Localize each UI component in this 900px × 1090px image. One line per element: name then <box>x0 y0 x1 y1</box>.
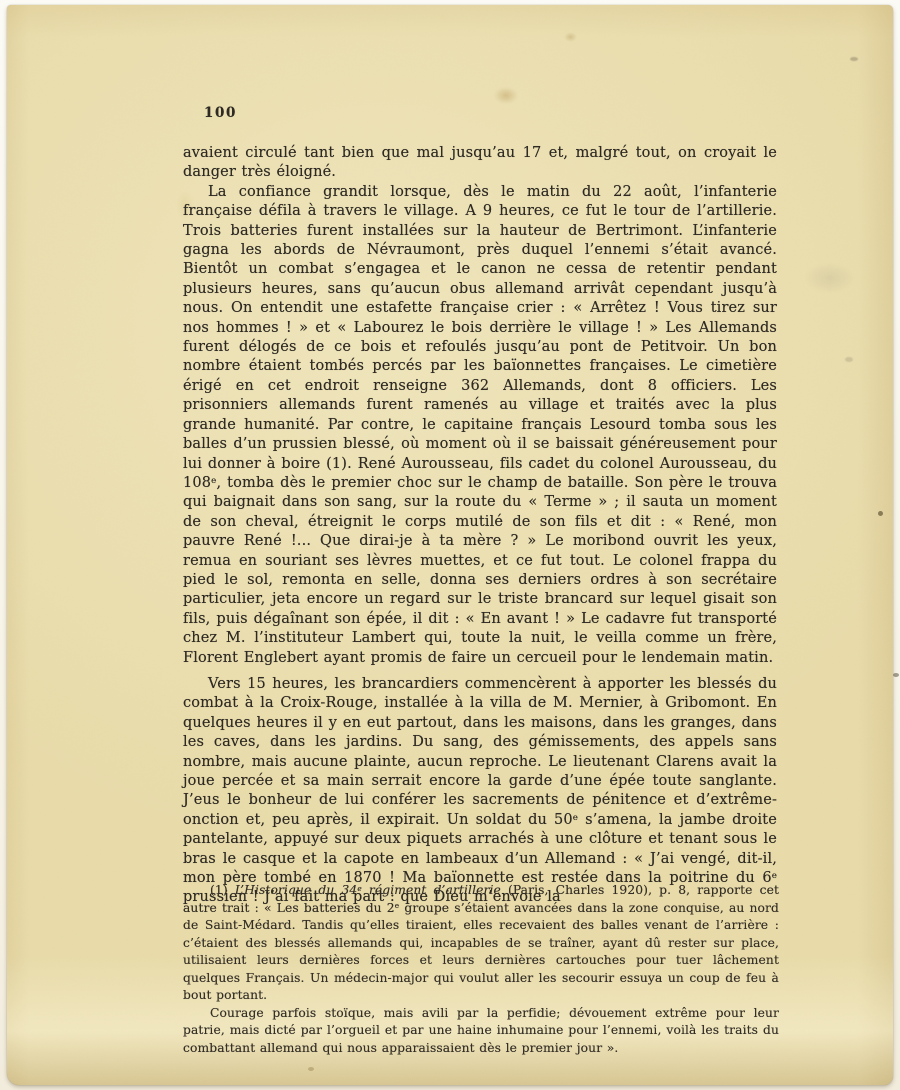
paper-stain <box>564 32 577 42</box>
footnote-block: (1) L’Historique du 34e régiment d’artil… <box>183 882 779 1057</box>
paper-stain <box>494 87 518 104</box>
paragraph: avaient circulé tant bien que mal jusqu’… <box>183 144 777 183</box>
book-page: 100 avaient circulé tant bien que mal ju… <box>7 5 893 1085</box>
paragraph: (1) L’Historique du 34e régiment d’artil… <box>183 882 779 1005</box>
paper-speck <box>878 511 883 516</box>
scan-backdrop: 100 avaient circulé tant bien que mal ju… <box>0 0 900 1090</box>
paper-speck <box>845 357 853 362</box>
page-number: 100 <box>204 105 237 121</box>
body-text-block: avaient circulé tant bien que mal jusqu’… <box>183 144 777 908</box>
paper-stain <box>805 263 855 293</box>
paper-speck <box>850 57 858 61</box>
paragraph: La confiance grandit lorsque, dès le mat… <box>183 183 777 668</box>
paragraph: Courage parfois stoïque, mais avili par … <box>183 1005 779 1058</box>
paper-speck <box>893 673 899 677</box>
paragraph: Vers 15 heures, les brancardiers commenc… <box>183 675 777 908</box>
paper-speck <box>308 1067 314 1071</box>
